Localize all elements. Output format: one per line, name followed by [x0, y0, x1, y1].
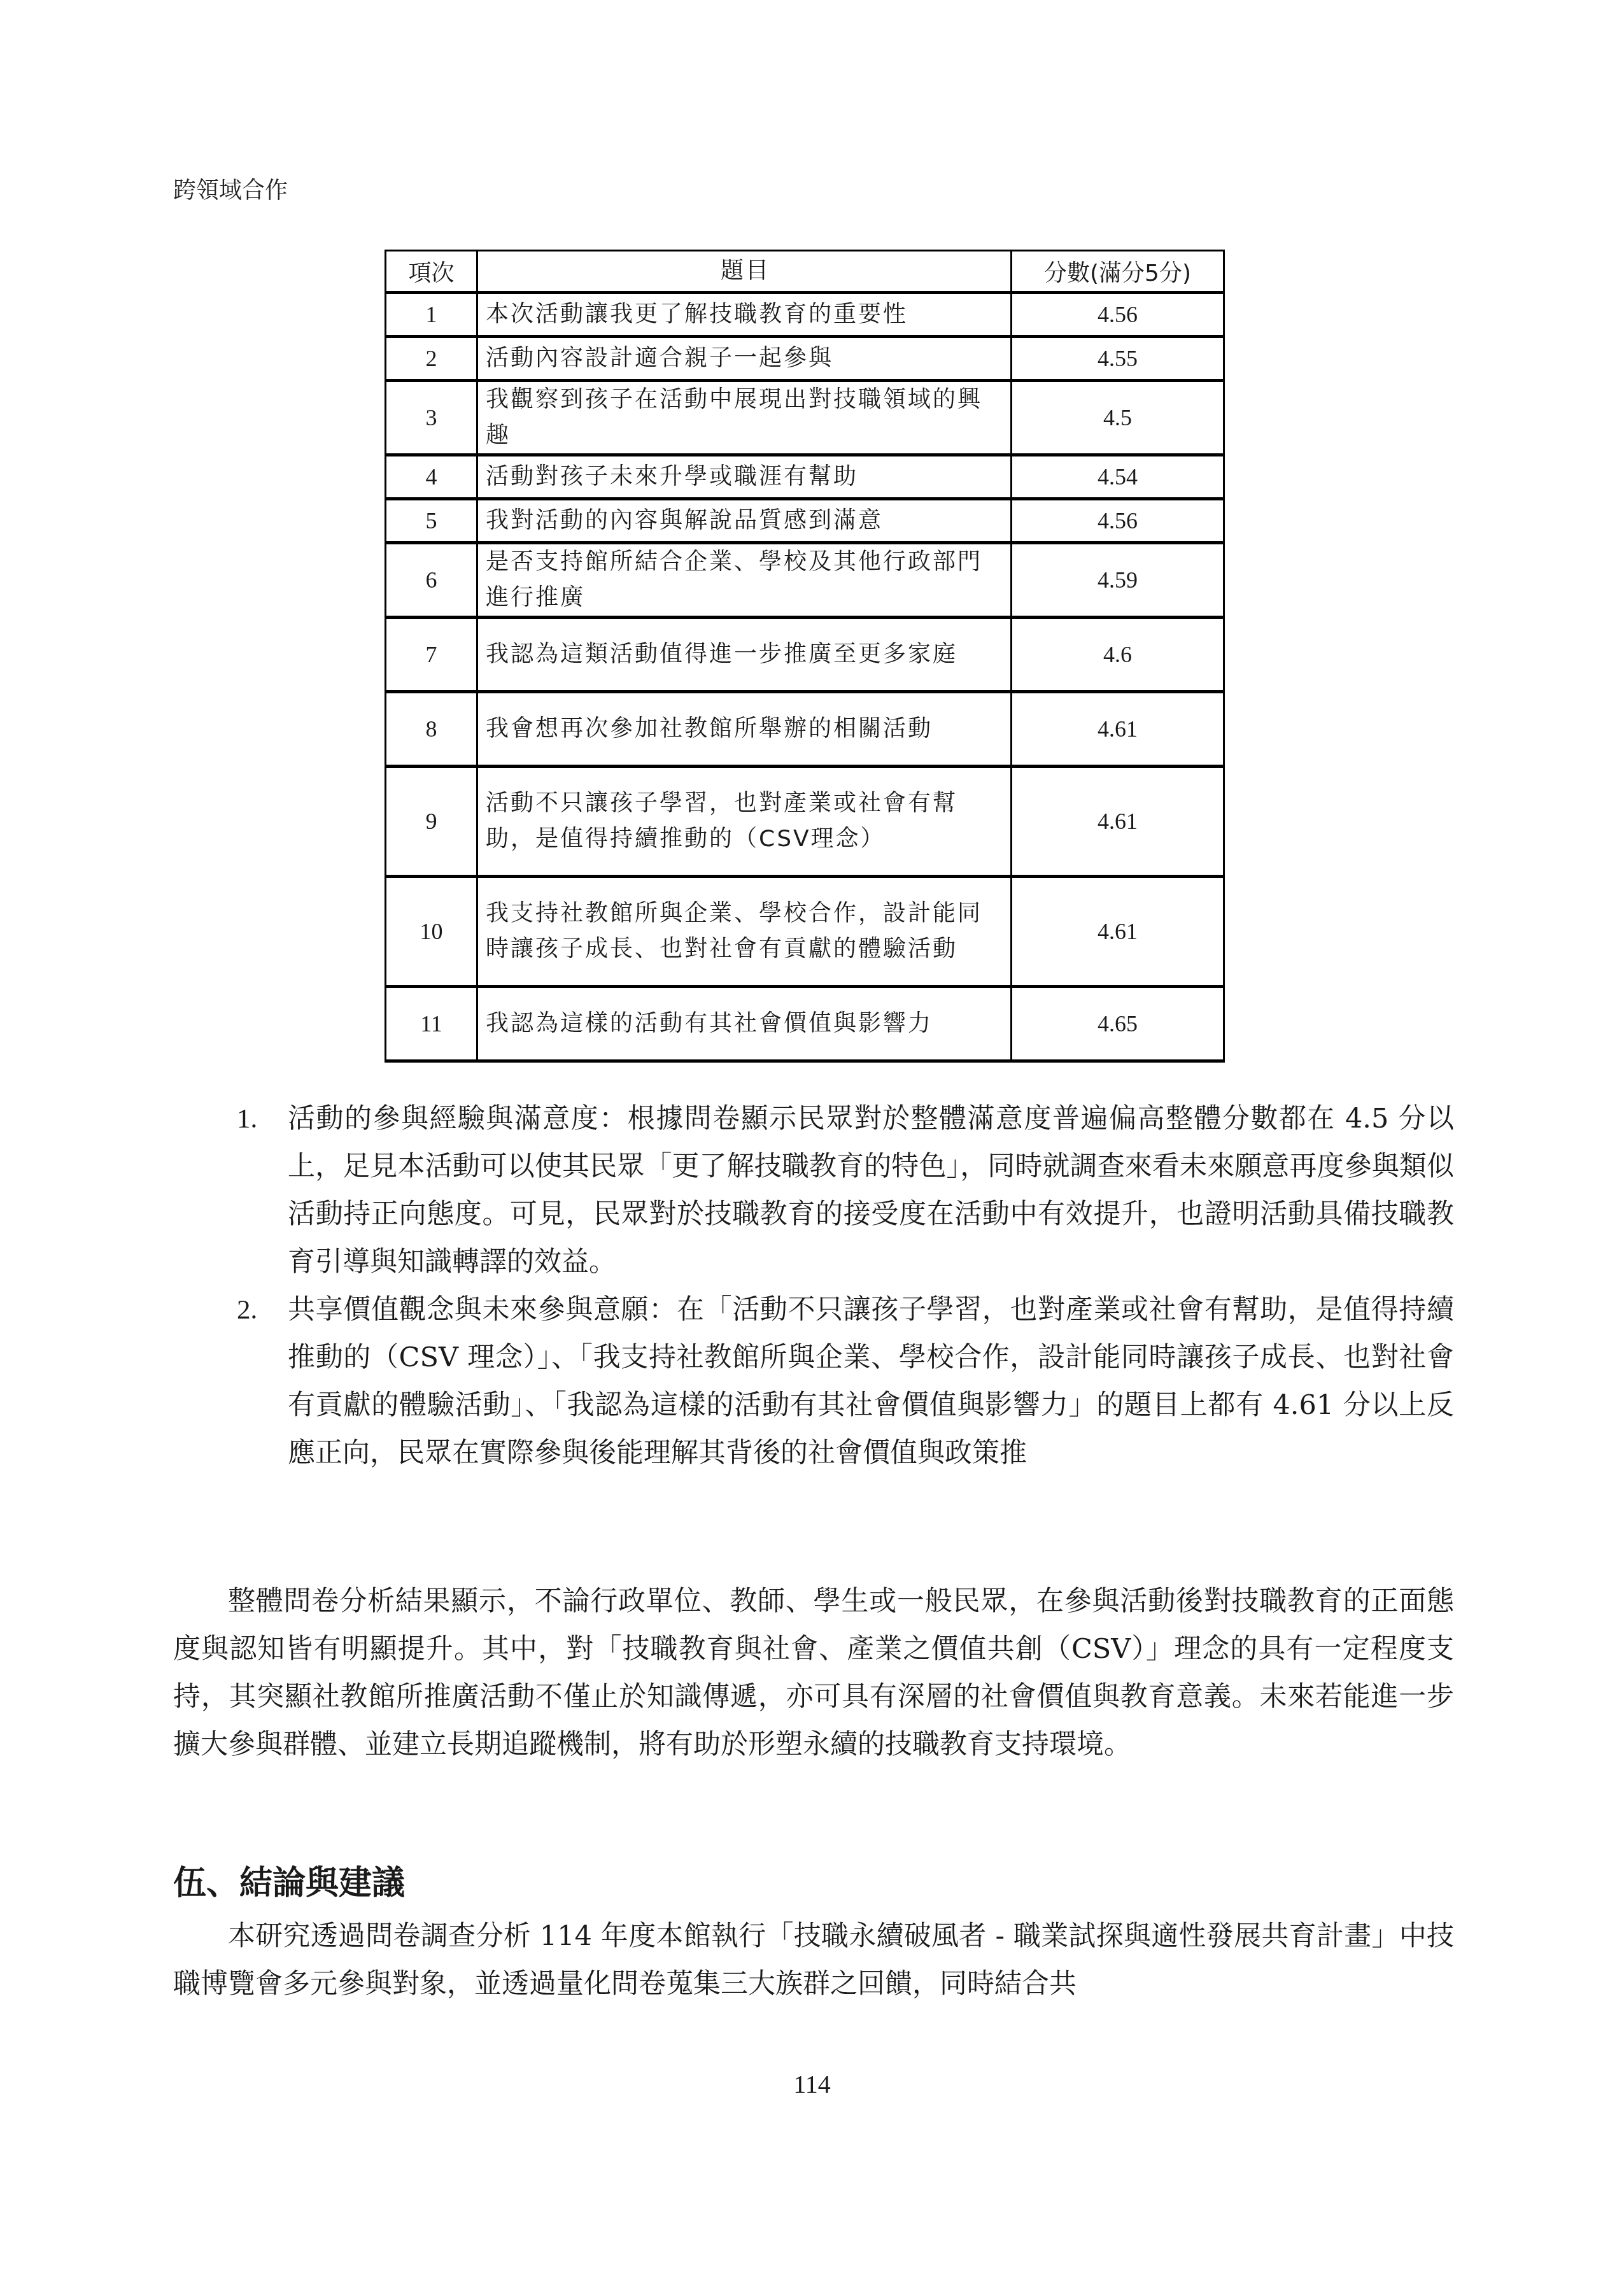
row-score: 4.55 [1012, 337, 1224, 381]
row-question: 我會想再次參加社教館所舉辦的相關活動 [477, 692, 1012, 767]
finding-text: 共享價值觀念與未來參與意願：在「活動不只讓孩子學習，也對產業或社會有幫助，是值得… [288, 1294, 1454, 1469]
row-number: 7 [386, 618, 477, 692]
table-row: 1 本次活動讓我更了解技職教育的重要性 4.56 [386, 293, 1224, 337]
row-question: 活動不只讓孩子學習，也對產業或社會有幫助，是值得持續推動的（CSV理念） [477, 767, 1012, 877]
section-heading: 伍、結論與建議 [173, 1863, 405, 1904]
row-score: 4.54 [1012, 455, 1224, 499]
row-score: 4.61 [1012, 767, 1224, 877]
table-row: 3 我觀察到孩子在活動中展現出對技職領域的興趣 4.5 [386, 381, 1224, 455]
summary-section: 整體問卷分析結果顯示，不論行政單位、教師、學生或一般民眾，在參與活動後對技職教育… [173, 1578, 1454, 1769]
row-score: 4.6 [1012, 618, 1224, 692]
page-number: 114 [0, 2069, 1624, 2099]
table-row: 7 我認為這類活動值得進一步推廣至更多家庭 4.6 [386, 618, 1224, 692]
row-question: 活動內容設計適合親子一起參與 [477, 337, 1012, 381]
running-header: 跨領域合作 [173, 177, 288, 205]
column-header-item-number: 項次 [386, 251, 477, 293]
row-question: 我認為這類活動值得進一步推廣至更多家庭 [477, 618, 1012, 692]
finding-number: 2. [237, 1286, 257, 1334]
row-number: 5 [386, 499, 477, 543]
row-score: 4.59 [1012, 543, 1224, 618]
finding-item: 1. 活動的參與經驗與滿意度：根據問卷顯示民眾對於整體滿意度普遍偏高整體分數都在… [237, 1095, 1454, 1286]
table-header-row: 項次 題目 分數(滿分5分) [386, 251, 1224, 293]
table-row: 10 我支持社教館所與企業、學校合作，設計能同時讓孩子成長、也對社會有貢獻的體驗… [386, 877, 1224, 987]
row-number: 9 [386, 767, 477, 877]
table-row: 4 活動對孩子未來升學或職涯有幫助 4.54 [386, 455, 1224, 499]
row-number: 11 [386, 987, 477, 1061]
row-question: 我認為這樣的活動有其社會價值與影響力 [477, 987, 1012, 1061]
finding-item: 2. 共享價值觀念與未來參與意願：在「活動不只讓孩子學習，也對產業或社會有幫助，… [237, 1286, 1454, 1477]
table-row: 11 我認為這樣的活動有其社會價值與影響力 4.65 [386, 987, 1224, 1061]
row-number: 8 [386, 692, 477, 767]
table-row: 6 是否支持館所結合企業、學校及其他行政部門進行推廣 4.59 [386, 543, 1224, 618]
findings-list: 1. 活動的參與經驗與滿意度：根據問卷顯示民眾對於整體滿意度普遍偏高整體分數都在… [237, 1095, 1454, 1477]
table-row: 9 活動不只讓孩子學習，也對產業或社會有幫助，是值得持續推動的（CSV理念） 4… [386, 767, 1224, 877]
row-question: 我支持社教館所與企業、學校合作，設計能同時讓孩子成長、也對社會有貢獻的體驗活動 [477, 877, 1012, 987]
row-question: 我觀察到孩子在活動中展現出對技職領域的興趣 [477, 381, 1012, 455]
conclusion-section: 本研究透過問卷調查分析 114 年度本館執行「技職永續破風者 - 職業試探與適性… [173, 1913, 1454, 2008]
table-row: 5 我對活動的內容與解說品質感到滿意 4.56 [386, 499, 1224, 543]
row-number: 4 [386, 455, 477, 499]
summary-paragraph: 整體問卷分析結果顯示，不論行政單位、教師、學生或一般民眾，在參與活動後對技職教育… [173, 1578, 1454, 1769]
row-number: 3 [386, 381, 477, 455]
finding-number: 1. [237, 1095, 257, 1143]
row-question: 是否支持館所結合企業、學校及其他行政部門進行推廣 [477, 543, 1012, 618]
row-question: 本次活動讓我更了解技職教育的重要性 [477, 293, 1012, 337]
finding-text: 活動的參與經驗與滿意度：根據問卷顯示民眾對於整體滿意度普遍偏高整體分數都在 4.… [288, 1103, 1454, 1278]
column-header-question: 題目 [477, 251, 1012, 293]
conclusion-paragraph: 本研究透過問卷調查分析 114 年度本館執行「技職永續破風者 - 職業試探與適性… [173, 1913, 1454, 2008]
column-header-score: 分數(滿分5分) [1012, 251, 1224, 293]
row-score: 4.61 [1012, 877, 1224, 987]
row-number: 1 [386, 293, 477, 337]
row-score: 4.61 [1012, 692, 1224, 767]
row-question: 活動對孩子未來升學或職涯有幫助 [477, 455, 1012, 499]
survey-results-table: 項次 題目 分數(滿分5分) 1 本次活動讓我更了解技職教育的重要性 4.56 … [385, 250, 1225, 1063]
table-row: 2 活動內容設計適合親子一起參與 4.55 [386, 337, 1224, 381]
row-score: 4.56 [1012, 499, 1224, 543]
row-number: 6 [386, 543, 477, 618]
row-score: 4.56 [1012, 293, 1224, 337]
row-score: 4.65 [1012, 987, 1224, 1061]
row-score: 4.5 [1012, 381, 1224, 455]
row-question: 我對活動的內容與解說品質感到滿意 [477, 499, 1012, 543]
row-number: 2 [386, 337, 477, 381]
table-row: 8 我會想再次參加社教館所舉辦的相關活動 4.61 [386, 692, 1224, 767]
row-number: 10 [386, 877, 477, 987]
